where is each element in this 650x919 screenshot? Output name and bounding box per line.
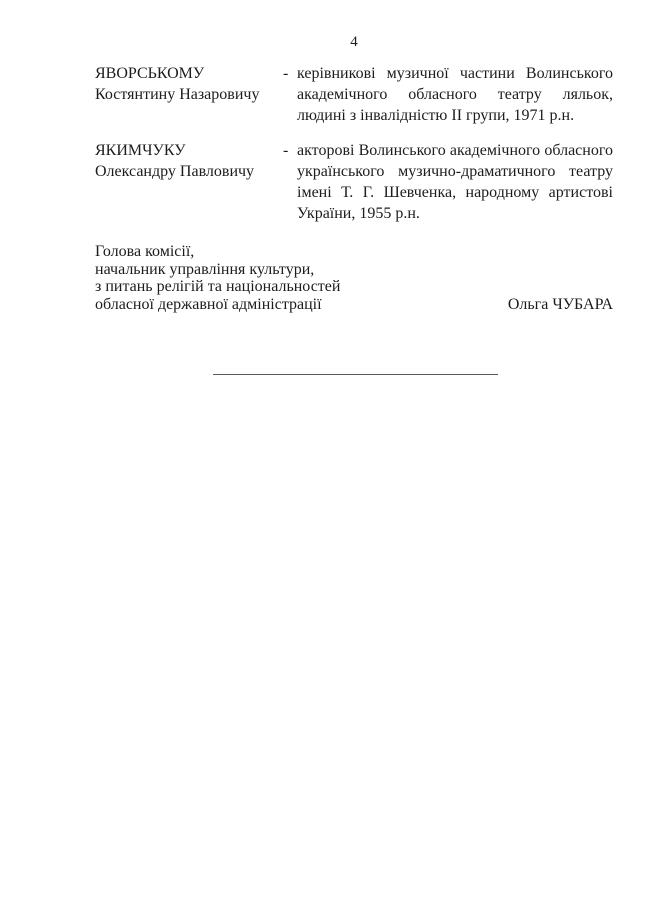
recipient-entry: ЯКИМЧУКУ Олександру Павловичу - акторові…	[95, 140, 613, 224]
recipient-surname: ЯВОРСЬКОМУ	[95, 63, 283, 84]
page-number: 4	[95, 33, 613, 51]
recipient-surname: ЯКИМЧУКУ	[95, 140, 283, 161]
recipient-description: керівникові музичної частини Волинського…	[297, 63, 613, 126]
recipient-entry: ЯВОРСЬКОМУ Костянтину Назаровичу - керів…	[95, 63, 613, 126]
recipient-name-block: ЯКИМЧУКУ Олександру Павловичу	[95, 140, 283, 182]
recipient-name-block: ЯВОРСЬКОМУ Костянтину Назаровичу	[95, 63, 283, 105]
recipient-given-name: Костянтину Назаровичу	[95, 84, 283, 105]
signer-title-line: з питань релігій та національностей	[95, 278, 340, 296]
dash-separator: -	[283, 63, 297, 84]
recipient-description: акторові Волинського академічного обласн…	[297, 140, 613, 224]
document-page: 4 ЯВОРСЬКОМУ Костянтину Назаровичу - кер…	[0, 0, 650, 919]
signature-rule	[213, 374, 498, 375]
recipient-given-name: Олександру Павловичу	[95, 161, 283, 182]
signer-title-line: обласної державної адміністрації	[95, 296, 340, 314]
signer-title-line: Голова комісії,	[95, 243, 340, 261]
signer-name: Ольга ЧУБАРА	[508, 296, 613, 314]
signature-block: Голова комісії, начальник управління кул…	[95, 243, 613, 313]
signer-titles: Голова комісії, начальник управління кул…	[95, 243, 340, 313]
signer-title-line: начальник управління культури,	[95, 261, 340, 279]
dash-separator: -	[283, 140, 297, 161]
